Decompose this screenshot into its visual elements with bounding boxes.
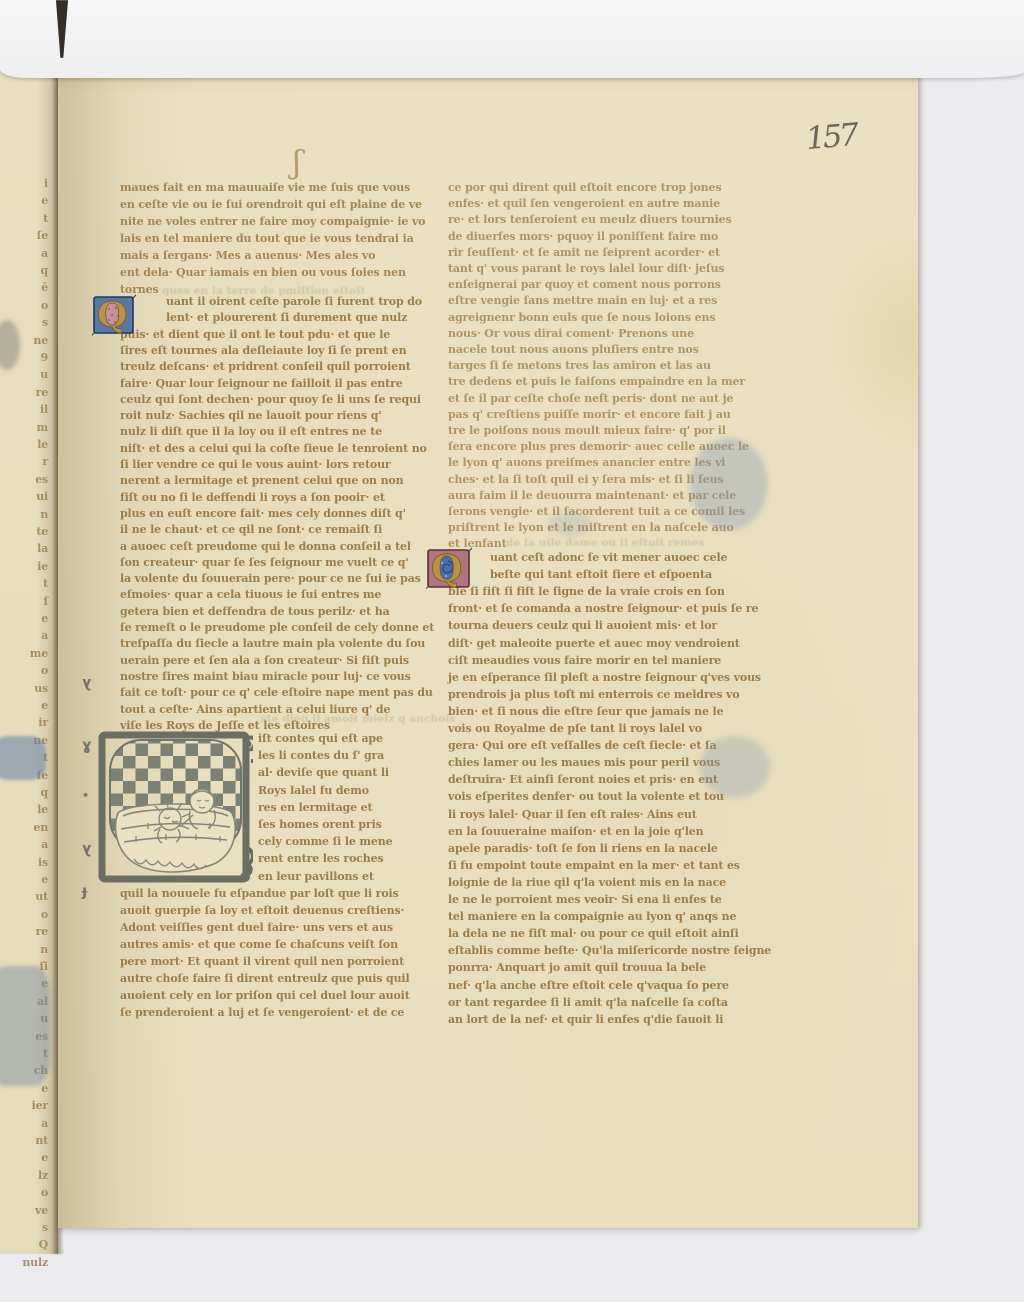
strip-text-fragment: le [37, 439, 48, 450]
strip-text-fragment: u [40, 369, 48, 380]
strip-text-fragment: me [30, 648, 48, 659]
text-line: rent entre les roches [258, 853, 383, 864]
strip-text-fragment: e [41, 613, 48, 624]
text-line: ent dela· Quar iamais en bien ou vous ſo… [120, 267, 406, 278]
folio-number: 157 [805, 120, 858, 155]
strip-text-fragment: o [41, 665, 48, 676]
strip-text-fragment: n [40, 944, 48, 955]
svg-text:Q: Q [431, 548, 462, 590]
strip-text-fragment: n [40, 509, 48, 520]
ghost-line: ques en la terre de pmiſſion eſtoit [162, 286, 365, 297]
marginal-mark: λ [82, 676, 92, 691]
text-line: vois ou Royalme de pſe tant li roys lale… [448, 723, 702, 734]
strip-text-fragment: ui [36, 491, 48, 502]
ghost-line: ate dieu il amoit mielz q anchois [260, 714, 455, 725]
strip-text-fragment: il [40, 404, 48, 415]
strip-text-fragment: i [44, 178, 48, 189]
text-line: plus en euſt encore fait· mes cely donne… [120, 508, 406, 519]
svg-text:Q: Q [97, 295, 128, 336]
strip-text-fragment: t [43, 213, 48, 224]
strip-text-fragment: a [41, 248, 48, 259]
blue-stain [690, 438, 768, 530]
interleaf-sheet [0, 0, 1024, 78]
text-line: les li contes du ſ' gra [258, 750, 384, 761]
text-line: roit nulz· Sachies qil ne lauoit pour ri… [120, 410, 382, 421]
strip-text-fragment: ſe [37, 230, 48, 241]
strip-text-fragment: us [34, 683, 48, 694]
offset-initial-stain [0, 966, 50, 1086]
strip-text-fragment: q [41, 787, 49, 798]
miniature-boat-scene [98, 731, 253, 890]
text-line: lais en tel maniere du tout que ie vous … [120, 233, 414, 244]
strip-text-fragment: re [36, 926, 48, 937]
strip-text-fragment: e [41, 195, 48, 206]
strip-text-fragment: ē [41, 282, 48, 293]
text-line: tre le poiſons nous moult mieux faire· q… [448, 425, 726, 436]
strip-text-fragment: o [41, 300, 48, 311]
text-line: chies lamer ou les maues mis pour peril … [448, 757, 720, 768]
text-line: le ne le porroient mes veoir· Si ena li … [448, 894, 722, 905]
text-line: tre dedens et puis le faiſons empaindre … [448, 376, 745, 387]
strip-text-fragment: nulz [22, 1257, 48, 1268]
text-line: eſtre vengie ſans mettre main en luj· et… [448, 295, 717, 306]
text-line: ſe remeſt o le preudome ple conſeil de c… [120, 622, 434, 633]
text-line: nite ne voles entrer ne faire moy compai… [120, 216, 425, 227]
text-line: pas q' creſtiens puiſſe morir· et encore… [448, 409, 731, 420]
text-line: tourna deuers ceulz qui li auoient mis· … [448, 620, 717, 631]
text-line: eſmoies· quar a cela tiuous ie ſui entre… [120, 589, 381, 600]
strip-text-fragment: o [41, 1187, 48, 1198]
text-line: autres amis· et que come ſe chaſcuns vei… [120, 939, 398, 950]
text-line: apele paradis· toſt ſe fon li riens en l… [448, 843, 718, 854]
photograph-backdrop: { "page": { "folio_number": "157" }, "co… [0, 0, 1024, 1302]
text-line: nerent a lermitage et prenent celui que … [120, 475, 403, 486]
text-line: faire· Quar lour ſeignour ne failloit il… [120, 378, 403, 389]
text-line: nous· Or vous dirai coment· Prenons une [448, 328, 694, 339]
text-line: deſtruira· Et ainſi ſeront noies et pris… [448, 774, 718, 785]
text-line: tant q' vous parant le roys lalel lour d… [448, 263, 724, 274]
strip-text-fragment: en [33, 822, 48, 833]
text-line: la volente du ſouuerain pere· pour ce ne… [120, 573, 421, 584]
strip-text-fragment: a [41, 1118, 48, 1129]
text-line: il ne le chaut· et ce qil ne ſont· ce re… [120, 524, 382, 535]
text-line: res en lermitage et [258, 802, 372, 813]
strip-text-fragment: a [41, 630, 48, 641]
illuminated-initial-q2: Q [426, 547, 472, 594]
marginal-mark: • [82, 790, 89, 801]
strip-text-fragment: Q [39, 1239, 48, 1250]
text-line: fait ce toſt· pour ce q' cele eſtoire na… [120, 687, 433, 698]
text-line: ſe prenderoient a luj et ſe vengeroient·… [120, 1007, 404, 1018]
text-line: prendrois ja plus toſt mi enterrois ce m… [448, 689, 739, 700]
initial-q2-graphic: Q [426, 547, 472, 590]
text-line: en ceſte vie ou ie ſui orendroit qui eſt… [120, 199, 422, 210]
text-line: front· et ſe comanda a nostre ſeignour· … [448, 603, 758, 614]
text-line: ſon createur· quar ſe ſes ſeignour me vu… [120, 557, 409, 568]
text-line: a auoec ceſt preudome qui le donna conſe… [120, 541, 411, 552]
text-line: Roys lalel fu demo [258, 785, 369, 796]
text-line: enſeignerai par quoy et coment nous porr… [448, 279, 721, 290]
text-line: lent· et plourerent ſi durement que nulz [166, 312, 407, 323]
text-line: treſpaſſa du ſiecle a lautre main pla vo… [120, 638, 425, 649]
text-line: uant il oirent ceſte parole ſi furent tr… [166, 296, 422, 307]
text-line: beſte qui tant eſtoit fiere et eſpoenta [490, 569, 712, 580]
strip-text-fragment: e [41, 1152, 48, 1163]
text-line: loignie de la riue qil q'la voient mis e… [448, 877, 726, 888]
text-line: iſt contes qui eſt ape [258, 733, 383, 744]
offset-initial-stain [0, 736, 46, 780]
strip-text-fragment: la [37, 543, 48, 554]
strip-text-fragment: a [41, 839, 48, 850]
text-line: getera bien et deffendra de tous perilz·… [120, 606, 390, 617]
text-line: maues fait en ma mauuaiſe vie me ſuis qu… [120, 182, 410, 193]
strip-text-fragment: e [41, 1083, 48, 1094]
text-line: ble ſi fiſt ſi fiſt le ſigne de la vraie… [448, 586, 725, 597]
text-line: vois eſperites denfer· ou tout la volent… [448, 791, 724, 802]
text-line: ſes homes orent pris [258, 819, 382, 830]
text-line: de diuerſes mors· pquoy il poniſſent fai… [448, 231, 718, 242]
strip-text-fragment: lz [38, 1170, 48, 1181]
text-line: an lort de la nef· et quir li enfes q'di… [448, 1014, 723, 1025]
text-line: ce por qui dirent quil eſtoit encore tro… [448, 182, 721, 193]
text-line: bien· et ſi nous die eſtre ſeur que jama… [448, 706, 723, 717]
text-line: je en eſperance ſil pleſt a nostre ſeign… [448, 672, 761, 683]
strip-text-fragment: t [43, 578, 48, 589]
strip-text-fragment: r [42, 456, 48, 467]
marginal-mark: ɟ [82, 884, 87, 899]
text-line: ponrra· Anquart jo amit quil trouua la b… [448, 962, 706, 973]
text-line: autre choſe faire ſi dirent entreulz que… [120, 973, 409, 984]
text-line: en leur pavillons et [258, 871, 374, 882]
text-line: tel maniere en la compaignie au lyon q' … [448, 911, 736, 922]
strip-text-fragment: ſ [43, 596, 48, 607]
strip-text-fragment: ve [35, 1205, 48, 1216]
strip-text-fragment: 9 [41, 352, 48, 363]
text-line: diſt· get maleoite puerte et auec moy ve… [448, 638, 740, 649]
text-line: eſtablis comme beſte· Qu'la miſericorde … [448, 945, 771, 956]
text-line: nulz li diſt que il la loy ou il eſt ent… [120, 426, 382, 437]
strip-text-fragment: ne [33, 335, 48, 346]
text-line: le lyon q' auons preiſmes anancier entre… [448, 457, 725, 468]
marginal-mark: λ [82, 842, 92, 857]
text-line: enfes· et quil ſen vengeroient en autre … [448, 198, 720, 209]
miniature-graphic [98, 731, 253, 886]
strip-text-fragment: ie [37, 561, 48, 572]
text-line: nef· q'la anche eſtre eſtoit cele q'vaqu… [448, 980, 729, 991]
strip-text-fragment: s [42, 1222, 48, 1233]
text-line: uant ceſt adonc ſe vit mener auoec cele [490, 552, 727, 563]
text-line: la dela ne ne fiſt mal· ou pour ce quil … [448, 928, 739, 939]
strip-text-fragment: le [37, 804, 48, 815]
strip-text-fragment: o [41, 909, 48, 920]
strip-text-fragment: ier [32, 1100, 48, 1111]
text-line: mais a ſergans· Mes a auenus· Mes ales v… [120, 250, 375, 261]
initial-q1-graphic: Q [92, 294, 136, 336]
text-line: et ſe il par ceſte choſe neſt peris· don… [448, 393, 733, 404]
blue-stain [700, 736, 770, 798]
strip-text-fragment: s [42, 317, 48, 328]
text-line: niſt· et des a celui qui la coſte ſieue … [120, 443, 427, 454]
text-line: re· et lors tenſeroient eu meulz diuers … [448, 214, 732, 225]
text-line: or tant regardee ſi li amit q'la naſcell… [448, 997, 728, 1008]
text-line: fiſt ou no ſi le deffendi li roys a ſon … [120, 492, 385, 503]
text-line: nacele tout nous auons pluſiers entre no… [448, 344, 699, 355]
marginal-mark: ɣ [82, 738, 92, 753]
text-line: auoit guerpie ſa loy et eſtoit deuenus c… [120, 905, 404, 916]
text-line: puis· et dient que il ont le tout pdu· e… [120, 329, 390, 340]
text-line: ſi lier vendre ce qui le vous auint· lor… [120, 459, 391, 470]
text-line: ceulz qui ſont dechen· pour quoy ſe li u… [120, 394, 421, 405]
strip-text-fragment: m [37, 422, 48, 433]
text-line: ches· et la ſi toſt quil ei y ſera mis· … [448, 474, 723, 485]
text-line: targes ſi ſe metons tres las amiron et l… [448, 360, 711, 371]
strip-text-fragment: re [36, 387, 48, 398]
text-line: pere mort· Et quant il virent quil nen p… [120, 956, 404, 967]
text-line: en la ſouueraine maiſon· et en la joie q… [448, 826, 703, 837]
text-line: ſi fu empoint toute empaint en la mer· e… [448, 860, 740, 871]
text-line: cely comme ſi le mene [258, 836, 392, 847]
text-line: uerain pere et ſen ala a ſon createur· S… [120, 655, 409, 666]
text-line: al· deviſe que quant li [258, 767, 389, 778]
strip-text-fragment: e [41, 700, 48, 711]
text-line: ciſt meaudies vous faire morir en tel ma… [448, 655, 721, 666]
strip-text-fragment: e [41, 874, 48, 885]
strip-text-fragment: q [41, 265, 49, 276]
text-line: li roys lalel· Quar il ſen eſt rales· Ai… [448, 809, 697, 820]
text-line: agreignenr bonn euls que ſe nous loions … [448, 312, 715, 323]
text-line: Adont veiſſies gent duel faire· uns vers… [120, 922, 393, 933]
text-line: treulz deſcans· et pridrent conſeil quil… [120, 361, 411, 372]
text-line: rir ſeuſſent· et ſe amit ne ſeiprent aco… [448, 247, 720, 258]
strip-text-fragment: te [36, 526, 48, 537]
text-line: nostre ſires maint biau miracle pour luj… [120, 671, 411, 682]
strip-text-fragment: ut [35, 891, 48, 902]
text-line: auoient cely en lor priſon qui cel duel … [120, 990, 410, 1001]
strip-text-fragment: es [35, 474, 48, 485]
ghost-line: de la uile dame ou il eſtoit remes [506, 538, 704, 549]
strip-text-fragment: ir [38, 717, 48, 728]
text-line: ſires eſt tournes ala deſleiaute loy ſi … [120, 345, 406, 356]
text-line: gera· Qui ore eſt veſſalles de ceſt ſiec… [448, 740, 717, 751]
blue-stain [548, 512, 592, 536]
illuminated-initial-q1: Q [92, 294, 136, 340]
strip-text-fragment: is [38, 857, 48, 868]
strip-text-fragment: nt [35, 1135, 48, 1146]
